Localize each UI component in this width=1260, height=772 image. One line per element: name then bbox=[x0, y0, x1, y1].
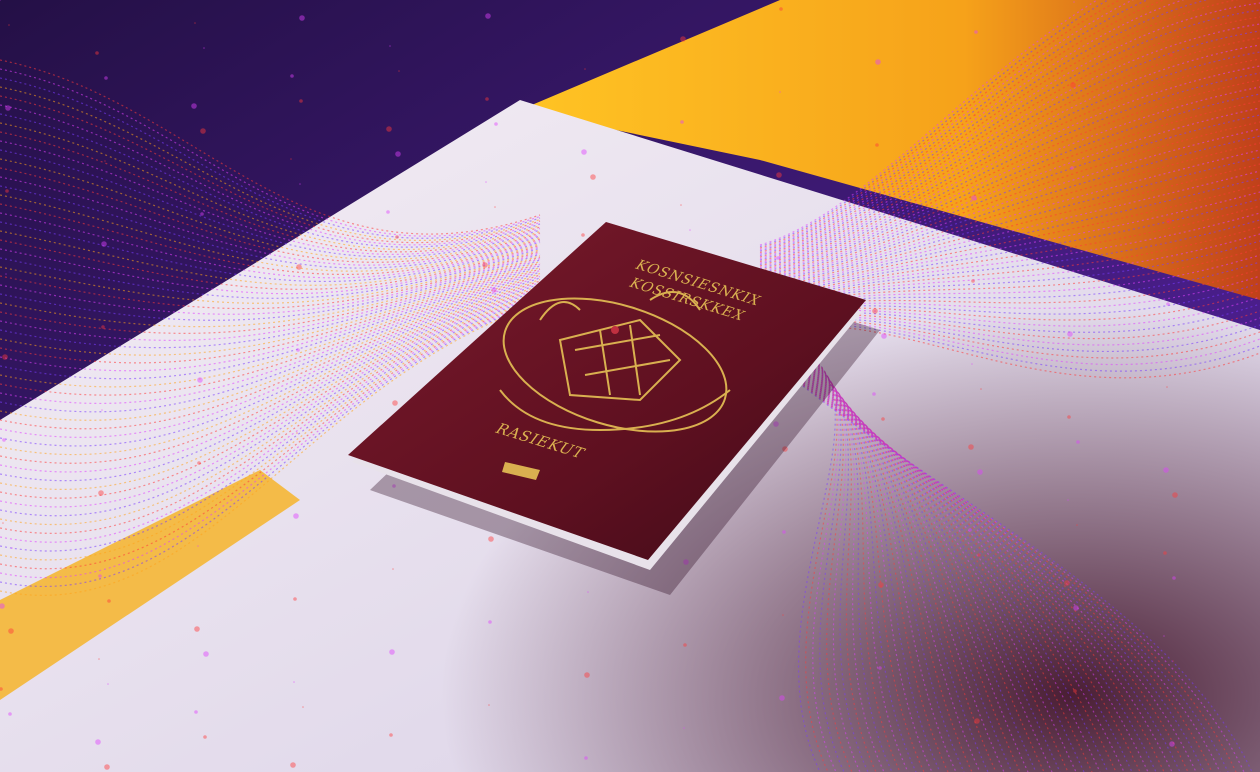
passport-light-streams-scene: KOSNSIESNKIX KOSSIRSKKEX RASIEKUT bbox=[0, 0, 1260, 772]
passport: KOSNSIESNKIX KOSSIRSKKEX RASIEKUT bbox=[0, 0, 1260, 772]
